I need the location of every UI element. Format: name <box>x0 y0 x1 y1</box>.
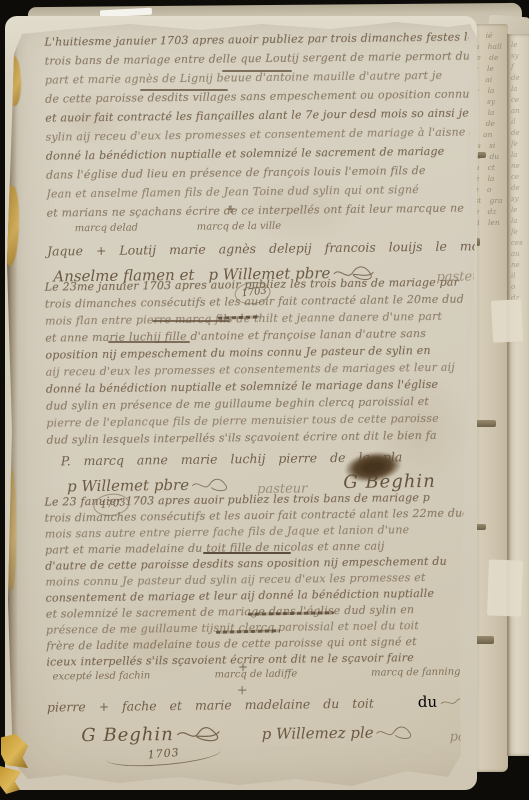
manuscript-scan: fe ié au hall fre de ce le fy ai de la c… <box>0 0 529 800</box>
register-entry-2: Le 23me januier 1703 apres auoir publiez… <box>45 273 472 516</box>
fore-edge-page-column-inner: le sy f de la ce an il de fe la ne ce de… <box>507 34 529 756</box>
underline-stroke <box>222 70 292 72</box>
underline-stroke <box>203 552 291 554</box>
underline-stroke <box>152 320 230 322</box>
flourish-icon <box>176 725 222 744</box>
signature-beghin: G Beghin 1703 <box>81 724 222 766</box>
cross-mark: + <box>238 660 248 674</box>
marque-cross: + <box>237 684 248 698</box>
witnesses-signature-line: P. marcq anne marie luchij pierre de la … <box>61 445 471 472</box>
register-entry-3: Le 23 fanuier 1703 apres auoir publiez l… <box>44 489 471 766</box>
marque-label: marcq delad <box>75 221 138 236</box>
marque-label: marcq de fanning <box>371 666 461 681</box>
torn-flap <box>491 299 523 343</box>
marque-label: marcq de la ville <box>197 220 282 235</box>
signature-willemet: p Willemez ple <box>262 722 416 744</box>
fore-edge-text-fragments: le sy f de la ce an il de fe la ne ce de… <box>511 40 527 733</box>
torn-flap <box>487 559 523 616</box>
cross-mark: + <box>226 202 236 216</box>
marque-label: marcq de ladiffe <box>214 668 297 683</box>
parties-signature-line: Jaque + Loutij marie agnès delepij franc… <box>47 235 471 262</box>
flourish-icon <box>375 725 415 741</box>
manuscript-page: L'huitiesme januier 1703 apres auoir pub… <box>0 0 529 800</box>
exception-note: excepté lesd fachin <box>53 669 151 684</box>
flourish-icon <box>191 477 231 493</box>
torn-notch <box>476 420 496 427</box>
underline-stroke <box>108 341 190 343</box>
parties-signature-line: pierre + fache et marie madelaine du toi… <box>47 693 374 719</box>
underline-stroke <box>140 89 228 91</box>
